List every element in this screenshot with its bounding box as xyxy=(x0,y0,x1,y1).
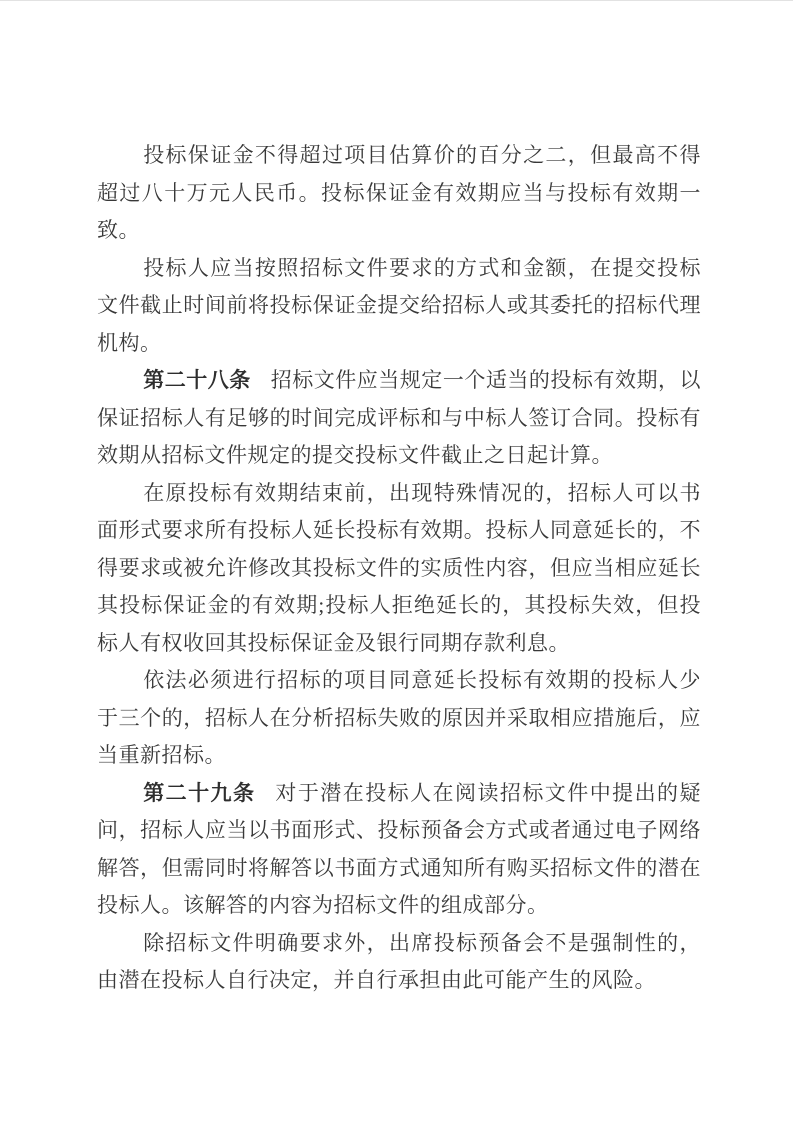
paragraph-text: 除招标文件明确要求外，出席投标预备会不是强制性的，由潜在投标人自行决定，并自行承… xyxy=(97,931,701,993)
paragraph: 依法必须进行招标的项目同意延长投标有效期的投标人少于三个的，招标人在分析招标失败… xyxy=(97,662,701,775)
document-page: 投标保证金不得超过项目估算价的百分之二，但最高不得超过八十万元人民币。投标保证金… xyxy=(0,0,793,1122)
paragraph: 在原投标有效期结束前，出现特殊情况的，招标人可以书面形式要求所有投标人延长投标有… xyxy=(97,475,701,663)
paragraph-text: 依法必须进行招标的项目同意延长投标有效期的投标人少于三个的，招标人在分析招标失败… xyxy=(97,668,701,767)
paragraph-text: 在原投标有效期结束前，出现特殊情况的，招标人可以书面形式要求所有投标人延长投标有… xyxy=(97,481,701,655)
paragraph: 第二十八条招标文件应当规定一个适当的投标有效期，以保证招标人有足够的时间完成评标… xyxy=(97,362,701,475)
article-number: 第二十九条 xyxy=(143,781,255,805)
paragraph: 除招标文件明确要求外，出席投标预备会不是强制性的，由潜在投标人自行决定，并自行承… xyxy=(97,925,701,1000)
article-number: 第二十八条 xyxy=(143,368,251,392)
paragraph-text: 投标保证金不得超过项目估算价的百分之二，但最高不得超过八十万元人民币。投标保证金… xyxy=(97,143,701,242)
paragraph: 第二十九条对于潜在投标人在阅读招标文件中提出的疑问，招标人应当以书面形式、投标预… xyxy=(97,775,701,925)
paragraph-text: 投标人应当按照招标文件要求的方式和金额，在提交投标文件截止时间前将投标保证金提交… xyxy=(97,256,701,355)
paragraph: 投标人应当按照招标文件要求的方式和金额，在提交投标文件截止时间前将投标保证金提交… xyxy=(97,250,701,363)
paragraph: 投标保证金不得超过项目估算价的百分之二，但最高不得超过八十万元人民币。投标保证金… xyxy=(97,137,701,250)
document-body: 投标保证金不得超过项目估算价的百分之二，但最高不得超过八十万元人民币。投标保证金… xyxy=(97,137,701,1000)
